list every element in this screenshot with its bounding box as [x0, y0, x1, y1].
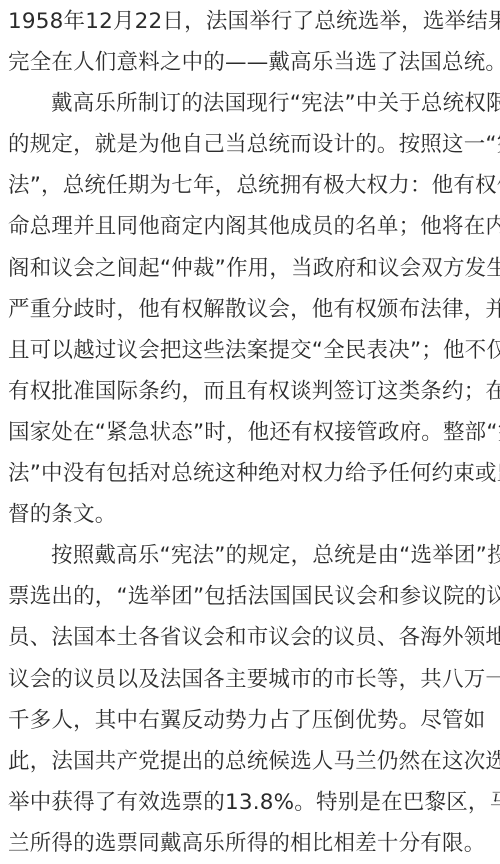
text-line: 完全在人们意料之中的——戴高乐当选了法国总统。 [8, 42, 492, 83]
text-line: 法”，总统任期为七年，总统拥有极大权力：他有权任 [8, 165, 492, 206]
text-line: 的规定，就是为他自己当总统而设计的。按照这一“宪 [8, 124, 492, 165]
text-line: 国家处在“紧急状态”时，他还有权接管政府。整部“宪 [8, 412, 492, 453]
paragraph-election-result: 1958年12月22日，法国举行了总统选举，选举结果是 完全在人们意料之中的——… [8, 1, 492, 83]
text-line: 此，法国共产党提出的总统候选人马兰仍然在这次选 [8, 741, 492, 782]
paragraph-electoral-college: 按照戴高乐“宪法”的规定，总统是由“选举团”投 票选出的，“选举团”包括法国国民… [8, 535, 492, 864]
text-line: 员、法国本土各省议会和市议会的议员、各海外领地 [8, 617, 492, 658]
text-line: 兰所得的选票同戴高乐所得的相比相差十分有限。 [8, 823, 492, 864]
text-line: 命总理并且同他商定内阁其他成员的名单；他将在内 [8, 206, 492, 247]
article-body: 1958年12月22日，法国举行了总统选举，选举结果是 完全在人们意料之中的——… [0, 0, 500, 864]
text-line: 且可以越过议会把这些法案提交“全民表决”；他不仅 [8, 330, 492, 371]
text-line: 议会的议员以及法国各主要城市的市长等，共八万一 [8, 659, 492, 700]
text-line: 举中获得了有效选票的13.8%。特别是在巴黎区，马 [8, 782, 492, 823]
text-line: 有权批准国际条约，而且有权谈判签订这类条约；在 [8, 371, 492, 412]
text-line: 严重分歧时，他有权解散议会，他有权颁布法律，并 [8, 289, 492, 330]
paragraph-constitution-powers: 戴高乐所制订的法国现行“宪法”中关于总统权限 的规定，就是为他自己当总统而设计的… [8, 83, 492, 535]
text-line: 1958年12月22日，法国举行了总统选举，选举结果是 [8, 1, 492, 42]
text-line: 戴高乐所制订的法国现行“宪法”中关于总统权限 [8, 83, 492, 124]
text-line: 千多人，其中右翼反动势力占了压倒优势。尽管如 [8, 700, 492, 741]
text-line: 法”中没有包括对总统这种绝对权力给予任何约束或监 [8, 453, 492, 494]
text-line: 阁和议会之间起“仲裁”作用，当政府和议会双方发生 [8, 248, 492, 289]
text-line: 督的条文。 [8, 494, 492, 535]
text-line: 票选出的，“选举团”包括法国国民议会和参议院的议 [8, 576, 492, 617]
text-line: 按照戴高乐“宪法”的规定，总统是由“选举团”投 [8, 535, 492, 576]
